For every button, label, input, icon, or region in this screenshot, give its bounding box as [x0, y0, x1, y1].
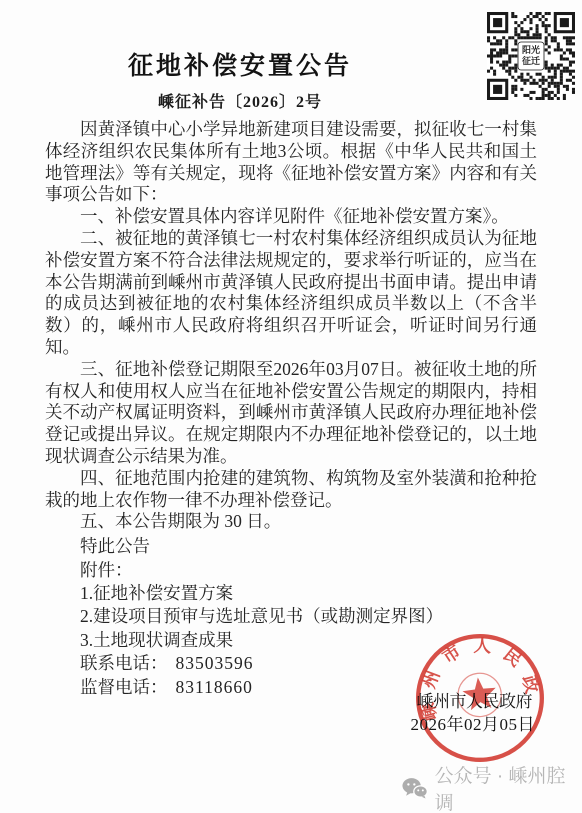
qr-center-label-line1: 阳光 [522, 44, 540, 55]
qr-code: 阳光 征迁 [487, 12, 575, 100]
attachment-item: 1.征地补偿安置方案 [45, 582, 537, 605]
body-paragraph-3: 三、征地补偿登记期限至2026年03月07日。被征收土地的所有权人和使用权人应当… [45, 359, 537, 468]
closing-block: 特此公告 附件： 1.征地补偿安置方案 2.建设项目预审与选址意见书（或勘测定界… [45, 535, 537, 699]
body-paragraph-intro: 因黄泽镇中心小学异地新建项目建设需要，拟征收七一村集体经济组织农民集体所有土地3… [45, 119, 537, 206]
closing-line: 特此公告 [45, 535, 537, 558]
qr-code-image: 阳光 征迁 [487, 12, 575, 100]
signature-date: 2026年02月05日 [411, 710, 536, 735]
doc-number: 嵊征补告〔2026〕2号 [0, 89, 480, 112]
qr-center-label-line2: 征迁 [522, 55, 540, 66]
attachment-item: 2.建设项目预审与选址意见书（或勘测定界图） [45, 605, 537, 628]
footer: 公众号 · 嵊州腔调 [402, 774, 582, 802]
page-title: 征地补偿安置公告 [0, 46, 480, 82]
announcement-page: 征地补偿安置公告 嵊征补告〔2026〕2号 阳光 征迁 因黄泽镇中心小学异地新建… [0, 0, 582, 813]
body-paragraph-5: 五、本公告期限为 30 日。 [45, 511, 537, 533]
body-paragraph-4: 四、征地范围内抢建的建筑物、构筑物及室外装潢和抢种抢栽的地上农作物一律不办理补偿… [45, 468, 537, 512]
notice-body: 因黄泽镇中心小学异地新建项目建设需要，拟征收七一村集体经济组织农民集体所有土地3… [45, 119, 537, 699]
wechat-icon [402, 777, 428, 800]
supervision-phone-label: 监督电话： [80, 677, 168, 697]
contact-phone-number: 83503596 [176, 653, 254, 673]
supervision-phone-number: 83118660 [176, 677, 253, 697]
signature-issuer: 嵊州市人民政府 [417, 687, 533, 712]
body-paragraph-2: 二、被征地的黄泽镇七一村农村集体经济组织成员认为征地补偿安置方案不符合法律法规规… [45, 228, 537, 359]
contact-phone-label: 联系电话： [80, 653, 168, 673]
body-paragraph-1: 一、补偿安置具体内容详见附件《征地补偿安置方案》。 [45, 206, 537, 228]
attachment-item: 3.土地现状调查成果 [45, 629, 537, 652]
attachments-label: 附件： [45, 559, 537, 582]
contact-phone-line: 联系电话：83503596 [45, 652, 537, 675]
footer-account-label: 公众号 · 嵊州腔调 [435, 761, 582, 813]
